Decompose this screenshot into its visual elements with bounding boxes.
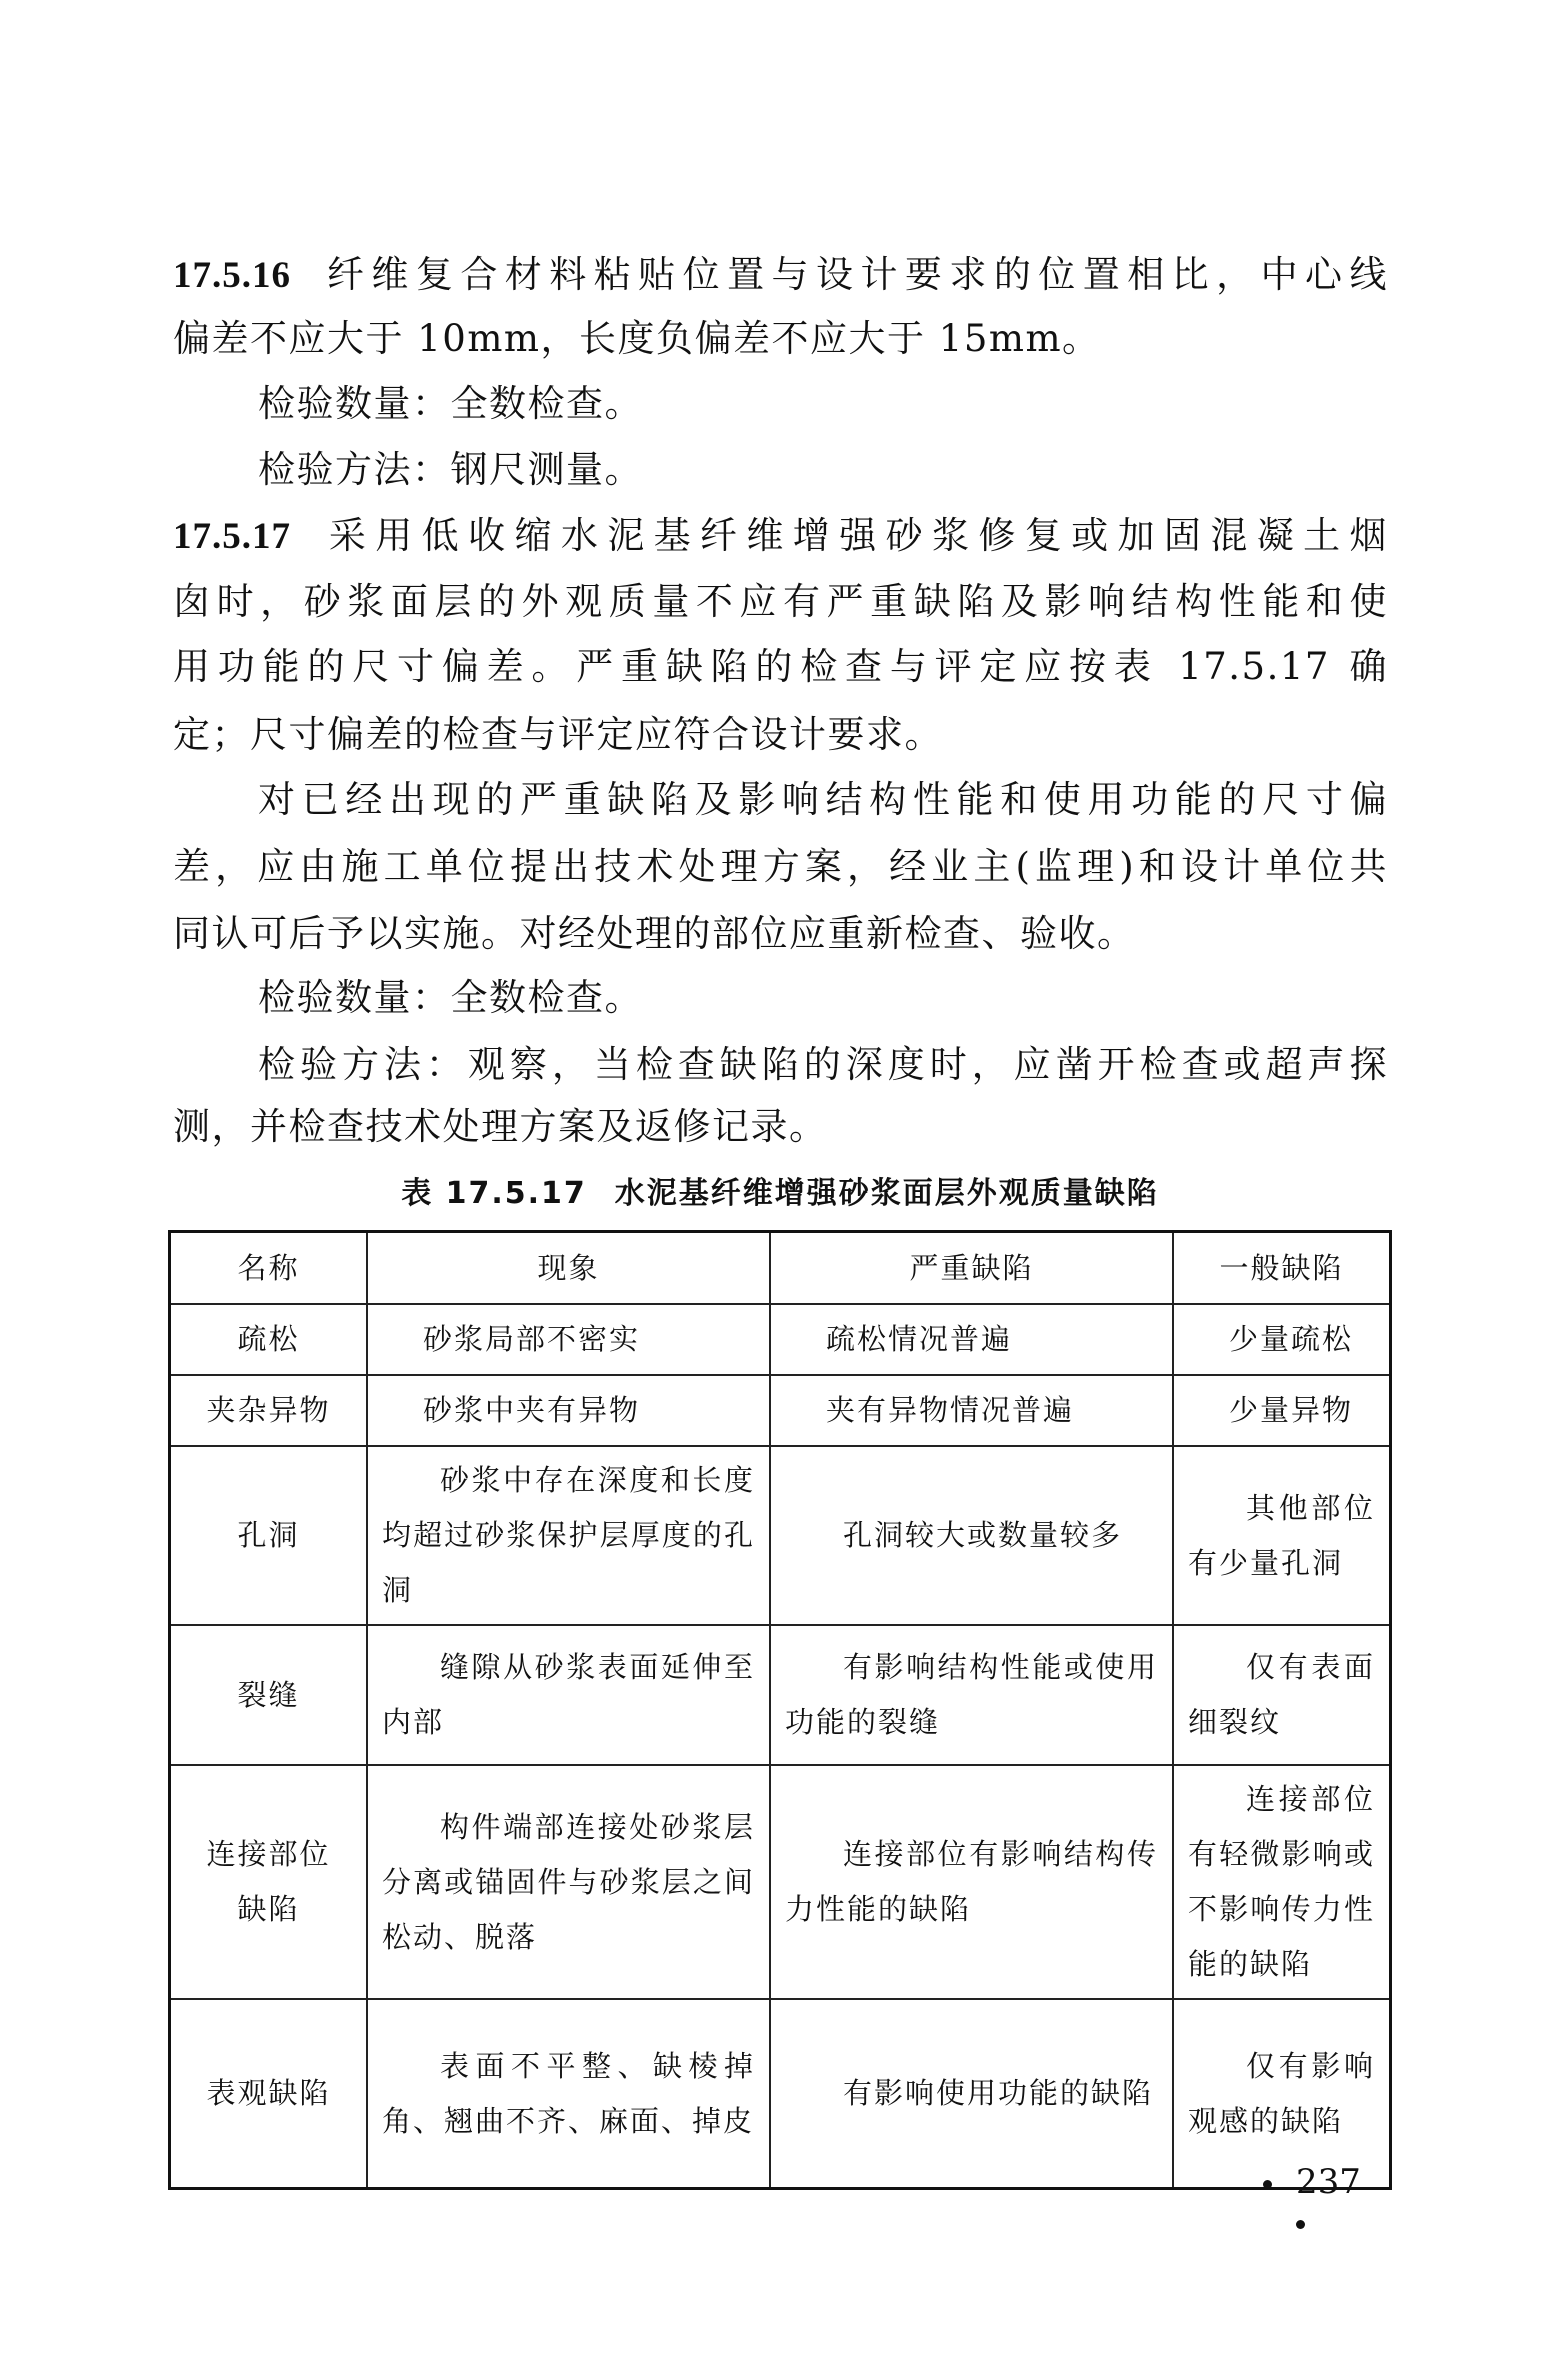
cell-name: 裂缝 [170, 1625, 368, 1765]
clause-17-5-16-line-2: 偏差不应大于 10mm，长度负偏差不应大于 15mm。 [173, 314, 1388, 364]
clause-17-5-17-line-4: 定；尺寸偏差的检查与评定应符合设计要求。 [173, 710, 1388, 760]
cell-general: 少量疏松 [1173, 1304, 1391, 1375]
bullet-icon [1296, 2220, 1305, 2229]
clause-17-5-17-para2-line-3: 同认可后予以实施。对经处理的部位应重新检查、验收。 [173, 909, 1388, 959]
cell-phenomenon: 表面不平整、缺棱掉角、翘曲不齐、麻面、掉皮 [367, 1999, 770, 2189]
cell-general: 仅有影响观感的缺陷 [1173, 1999, 1391, 2189]
clause-17-5-17-para2-line-1: 对已经出现的严重缺陷及影响结构性能和使用功能的尺寸偏 [258, 775, 1388, 825]
cell-serious: 有影响使用功能的缺陷 [770, 1999, 1173, 2189]
cell-general: 少量异物 [1173, 1375, 1391, 1446]
inspection-method-line-1: 检验方法：观察，当检查缺陷的深度时，应凿开检查或超声探 [258, 1040, 1388, 1090]
bullet-icon [1263, 2180, 1272, 2189]
header-name: 名称 [170, 1232, 368, 1305]
clause-17-5-17-line-1: 17.5.17采用低收缩水泥基纤维增强砂浆修复或加固混凝土烟 [173, 511, 1388, 561]
cell-general: 连接部位有轻微影响或不影响传力性能的缺陷 [1173, 1765, 1391, 1999]
header-phenomenon: 现象 [367, 1232, 770, 1305]
cell-phenomenon: 砂浆局部不密实 [367, 1304, 770, 1375]
clause-number: 17.5.16 [173, 255, 291, 296]
defects-table: 名称 现象 严重缺陷 一般缺陷 疏松 砂浆局部不密实 疏松情况普遍 少量疏松 夹… [168, 1230, 1392, 2190]
table-caption: 表 17.5.17水泥基纤维增强砂浆面层外观质量缺陷 [168, 1168, 1392, 1212]
table-row: 夹杂异物 砂浆中夹有异物 夹有异物情况普遍 少量异物 [170, 1375, 1391, 1446]
cell-serious: 有影响结构性能或使用功能的裂缝 [770, 1625, 1173, 1765]
clause-text: 纤维复合材料粘贴位置与设计要求的位置相比，中心线 [321, 253, 1388, 296]
clause-number: 17.5.17 [173, 516, 291, 557]
cell-serious: 夹有异物情况普遍 [770, 1375, 1173, 1446]
page-number-value: 237 [1296, 2162, 1361, 2202]
inspection-method-line-2: 测，并检查技术处理方案及返修记录。 [173, 1102, 1388, 1152]
clause-17-5-17-para2-line-2: 差，应由施工单位提出技术处理方案，经业主(监理)和设计单位共 [173, 842, 1388, 892]
cell-phenomenon: 缝隙从砂浆表面延伸至内部 [367, 1625, 770, 1765]
cell-phenomenon: 砂浆中夹有异物 [367, 1375, 770, 1446]
clause-17-5-17-line-3: 用功能的尺寸偏差。严重缺陷的检查与评定应按表 17.5.17 确 [173, 642, 1388, 692]
inspection-quantity: 检验数量：全数检查。 [258, 379, 1388, 429]
cell-general: 仅有表面细裂纹 [1173, 1625, 1391, 1765]
cell-serious: 疏松情况普遍 [770, 1304, 1173, 1375]
table-header-row: 名称 现象 严重缺陷 一般缺陷 [170, 1232, 1391, 1305]
cell-name: 疏松 [170, 1304, 368, 1375]
cell-serious: 孔洞较大或数量较多 [770, 1446, 1173, 1625]
cell-name: 连接部位缺陷 [170, 1765, 368, 1999]
cell-name: 表观缺陷 [170, 1999, 368, 2189]
clause-17-5-17-line-2: 囱时，砂浆面层的外观质量不应有严重缺陷及影响结构性能和使 [173, 577, 1388, 627]
table-row: 疏松 砂浆局部不密实 疏松情况普遍 少量疏松 [170, 1304, 1391, 1375]
table-row: 裂缝 缝隙从砂浆表面延伸至内部 有影响结构性能或使用功能的裂缝 仅有表面细裂纹 [170, 1625, 1391, 1765]
cell-name: 孔洞 [170, 1446, 368, 1625]
table-title: 水泥基纤维增强砂浆面层外观质量缺陷 [615, 1176, 1159, 1211]
inspection-quantity: 检验数量：全数检查。 [258, 973, 1388, 1023]
cell-serious: 连接部位有影响结构传力性能的缺陷 [770, 1765, 1173, 1999]
clause-17-5-16-line-1: 17.5.16纤维复合材料粘贴位置与设计要求的位置相比，中心线 [173, 250, 1388, 300]
table-row: 连接部位缺陷 构件端部连接处砂浆层分离或锚固件与砂浆层之间松动、脱落 连接部位有… [170, 1765, 1391, 1999]
inspection-method: 检验方法：钢尺测量。 [258, 445, 1388, 495]
clause-text: 采用低收缩水泥基纤维增强砂浆修复或加固混凝土烟 [321, 514, 1388, 557]
table-number: 表 17.5.17 [401, 1176, 587, 1211]
cell-name: 夹杂异物 [170, 1375, 368, 1446]
page-number: 237 [1230, 2162, 1370, 2242]
header-serious: 严重缺陷 [770, 1232, 1173, 1305]
cell-phenomenon: 砂浆中存在深度和长度均超过砂浆保护层厚度的孔洞 [367, 1446, 770, 1625]
table-row: 表观缺陷 表面不平整、缺棱掉角、翘曲不齐、麻面、掉皮 有影响使用功能的缺陷 仅有… [170, 1999, 1391, 2189]
header-general: 一般缺陷 [1173, 1232, 1391, 1305]
cell-general: 其他部位有少量孔洞 [1173, 1446, 1391, 1625]
table-row: 孔洞 砂浆中存在深度和长度均超过砂浆保护层厚度的孔洞 孔洞较大或数量较多 其他部… [170, 1446, 1391, 1625]
cell-phenomenon: 构件端部连接处砂浆层分离或锚固件与砂浆层之间松动、脱落 [367, 1765, 770, 1999]
